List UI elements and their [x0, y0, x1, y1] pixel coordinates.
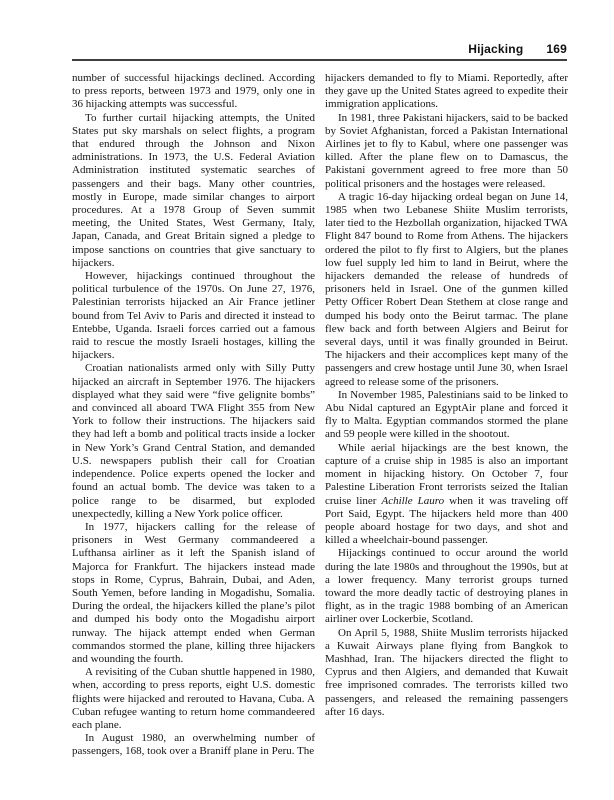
paragraph: Croatian nationalists armed only with Si…	[72, 362, 315, 520]
paragraph: In November 1985, Palestinians said to b…	[325, 389, 568, 442]
running-header: Hijacking 169	[72, 42, 567, 56]
right-column: hijackers demanded to fly to Miami. Repo…	[325, 72, 568, 759]
paragraph: In 1981, three Pakistani hijackers, said…	[325, 112, 568, 191]
paragraph: To further curtail hijacking attempts, t…	[72, 112, 315, 270]
page-number: 169	[546, 42, 567, 56]
paragraph: On April 5, 1988, Shiite Muslim terroris…	[325, 627, 568, 719]
paragraph: hijackers demanded to fly to Miami. Repo…	[325, 72, 568, 112]
left-column: number of successful hijackings declined…	[72, 72, 315, 759]
paragraph: While aerial hijackings are the best kno…	[325, 442, 568, 548]
paragraph: However, hijackings continued throughout…	[72, 270, 315, 362]
section-title: Hijacking	[468, 42, 523, 56]
text-columns: number of successful hijackings declined…	[72, 72, 568, 759]
paragraph: In August 1980, an overwhelming number o…	[72, 732, 315, 758]
book-page: Hijacking 169 number of successful hijac…	[0, 0, 614, 800]
paragraph: A revisiting of the Cuban shuttle happen…	[72, 666, 315, 732]
paragraph: number of successful hijackings declined…	[72, 72, 315, 112]
ship-name-italic: Achille Lauro	[381, 495, 444, 507]
paragraph: In 1977, hijackers calling for the relea…	[72, 521, 315, 666]
header-rule	[72, 59, 567, 61]
paragraph: Hijackings continued to occur around the…	[325, 547, 568, 626]
paragraph: A tragic 16-day hijacking ordeal began o…	[325, 191, 568, 389]
